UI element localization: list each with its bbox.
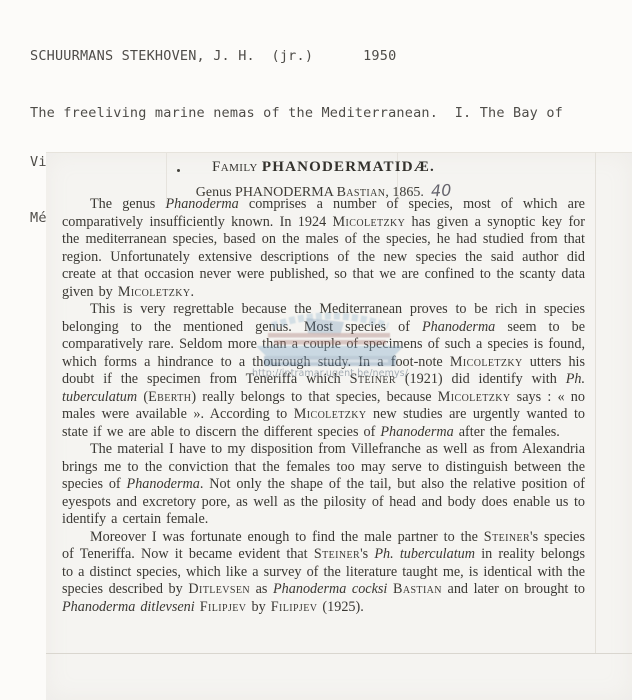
citation-author-year: SCHUURMANS STEKHOVEN, J. H. (jr.) 1950 xyxy=(30,48,563,64)
paragraph: This is very regrettable because the Med… xyxy=(62,301,585,441)
scanned-document-page: { "colors": { "ink": "#3a3833", "typed-i… xyxy=(0,0,632,700)
citation-title-line1: The freeliving marine nemas of the Medit… xyxy=(30,105,563,121)
paragraph: The material I have to my disposition fr… xyxy=(62,441,585,529)
paragraph: The genus Phanoderma comprises a number … xyxy=(62,196,585,301)
scan-artifact-bottom-rule xyxy=(46,653,632,654)
family-heading: Family PHANODERMATIDÆ. xyxy=(62,159,585,176)
page-body-text: The genus Phanoderma comprises a number … xyxy=(62,196,585,616)
scan-artifact-page-edge xyxy=(595,152,596,654)
paragraph: Moreover I was fortunate enough to find … xyxy=(62,529,585,617)
